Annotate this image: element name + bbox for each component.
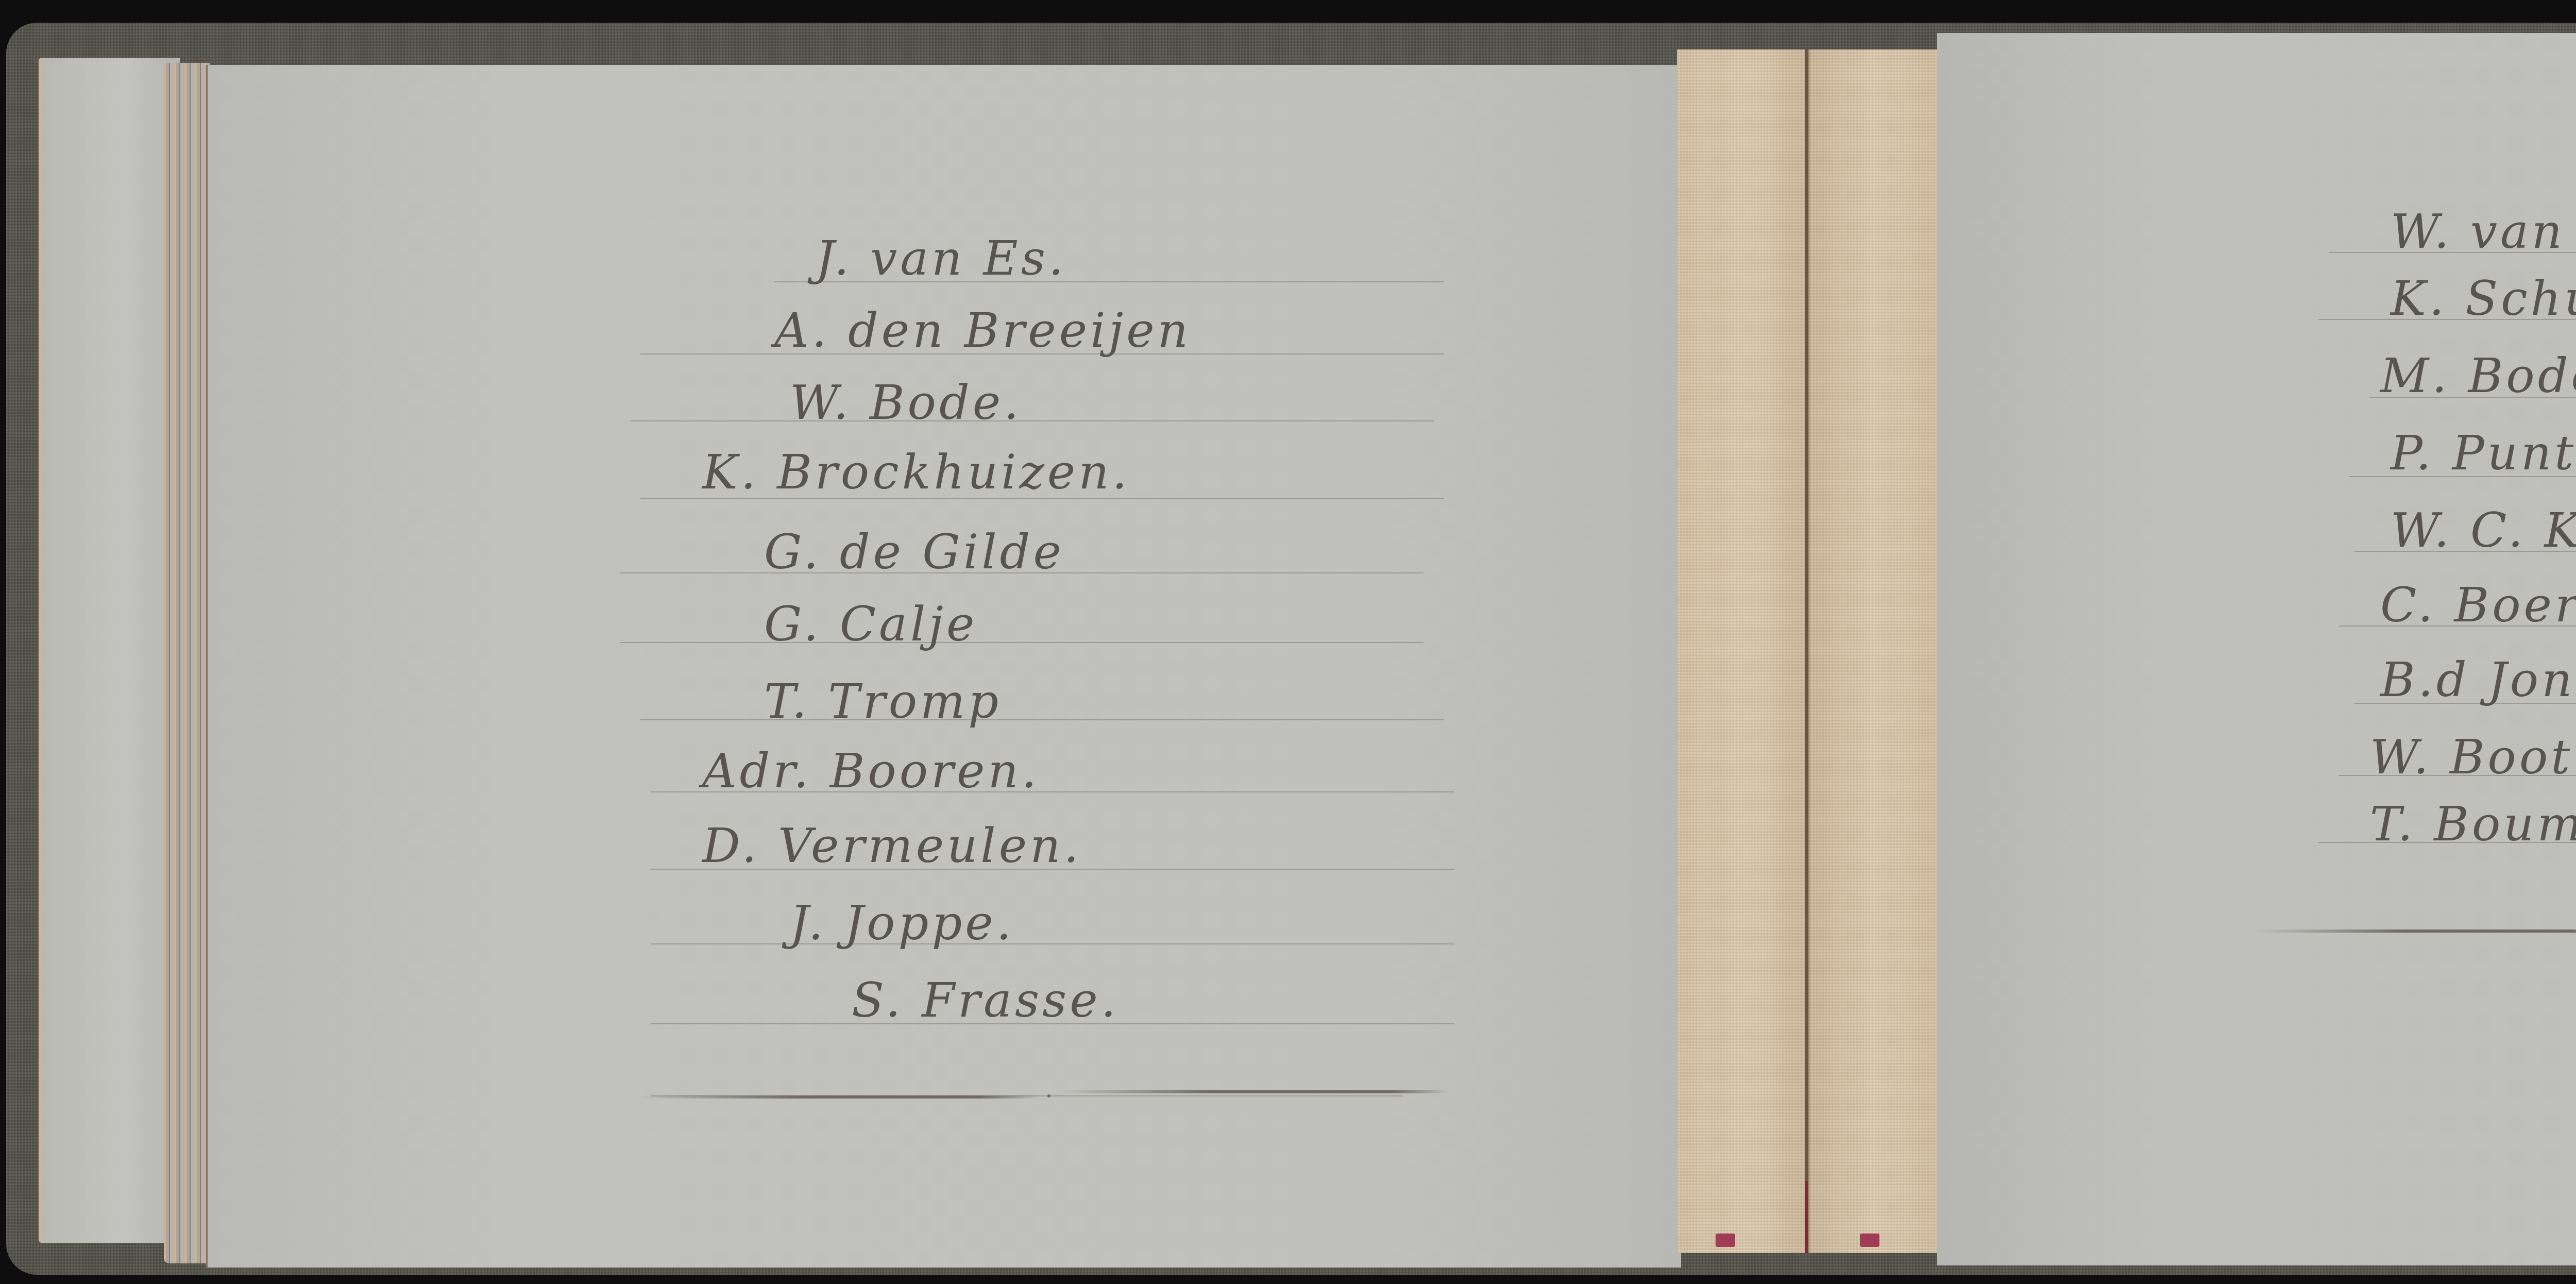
signature-entry: D. Vermeulen. — [702, 822, 1082, 870]
signature-entry: T. Boumann. — [2370, 801, 2576, 848]
signature-entry: T. Tromp — [764, 678, 1002, 725]
right-page: W. van Cappellen. K. Schutter. M. Bode. … — [1937, 33, 2576, 1265]
signature-entry: G. Calje — [764, 601, 977, 648]
signature-entry: W. C. Klop. — [2391, 507, 2576, 554]
ruled-line — [630, 420, 1434, 421]
ruled-line — [640, 719, 1444, 720]
signature-entry: S. Frasse. — [852, 977, 1119, 1024]
spine-fold — [1805, 49, 1808, 1253]
signature-entry: J. van Es. — [816, 235, 1066, 282]
signature-entry: W. van Cappellen. — [2391, 208, 2576, 256]
flourish-dot — [1047, 1094, 1050, 1097]
page-edges — [164, 63, 210, 1263]
signature-entry: W. Bode. — [790, 379, 1022, 427]
ruled-line — [651, 943, 1454, 944]
signature-entry: K. Brockhuizen. — [702, 449, 1130, 496]
signature-entry: P. Punt. — [2391, 430, 2576, 477]
red-stitch-mark — [1860, 1234, 1879, 1247]
closing-flourish-left — [2257, 930, 2576, 933]
signature-entry: K. Schutter. — [2391, 275, 2576, 323]
signature-entry: A. den Breeijen — [774, 307, 1191, 354]
signature-entry: W. Boot. — [2370, 734, 2576, 781]
closing-flourish-right — [1058, 1090, 1449, 1093]
ruled-line — [620, 642, 1423, 643]
signature-entry: B.d Jong — [2380, 656, 2576, 704]
signature-entry: Adr. Booren. — [702, 748, 1040, 795]
closing-flourish-left — [638, 1095, 1040, 1099]
spine-gauze — [1677, 49, 1939, 1253]
signature-entry: J. Joppe. — [790, 900, 1014, 947]
red-thread — [1805, 1181, 1808, 1253]
left-page: J. van Es. A. den Breeijen W. Bode. K. B… — [206, 65, 1681, 1268]
inner-board — [39, 58, 180, 1243]
red-stitch-mark — [1716, 1234, 1735, 1247]
signature-entry: C. Boer. — [2380, 582, 2576, 629]
signature-entry: M. Bode. — [2380, 352, 2576, 400]
signature-entry: G. de Gilde — [764, 529, 1064, 576]
